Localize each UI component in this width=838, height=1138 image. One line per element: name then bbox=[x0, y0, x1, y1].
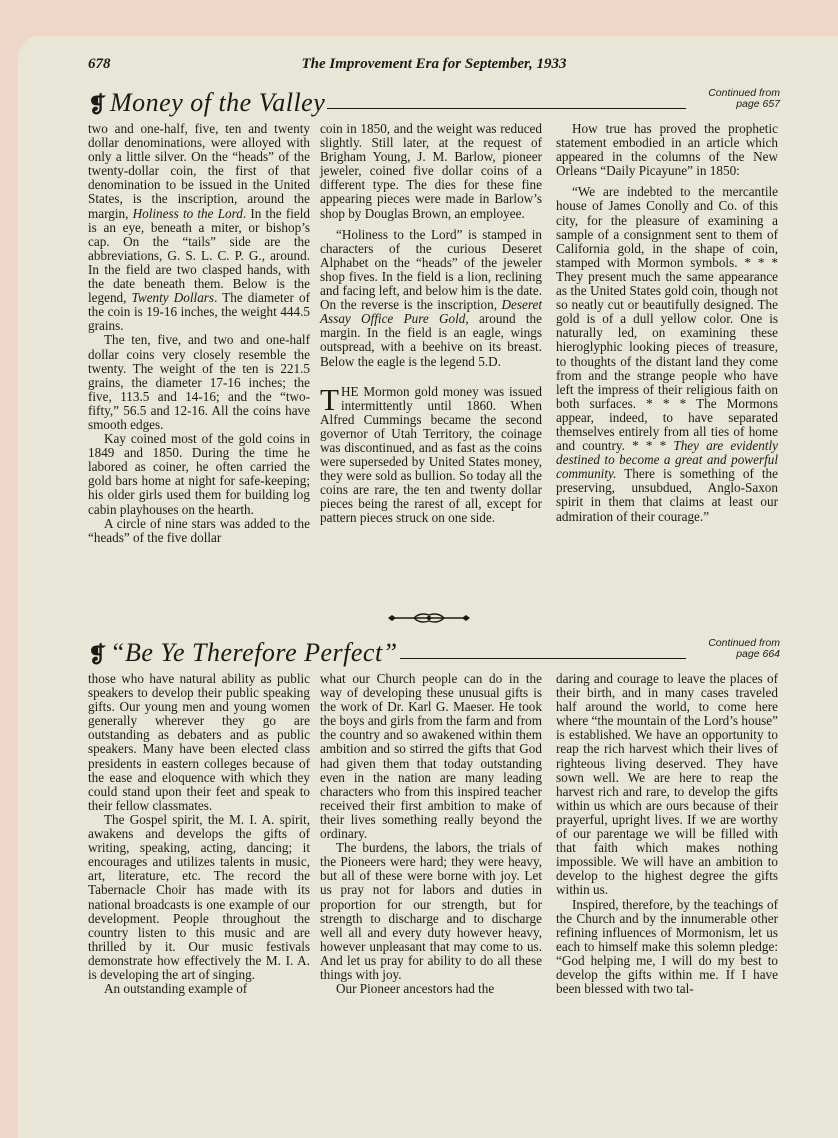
paragraph: those who have natural ability as public… bbox=[88, 672, 310, 813]
paragraph-with-dropcap: THE Mormon gold money was issued intermi… bbox=[320, 385, 542, 526]
continued-from-note: Continued from page 657 bbox=[708, 88, 780, 110]
article2-column-1: those who have natural ability as public… bbox=[88, 672, 310, 996]
paragraph: The ten, five, and two and one-half doll… bbox=[88, 333, 310, 432]
running-head: 678 The Improvement Era for September, 1… bbox=[88, 56, 780, 76]
article-title: “Be Ye Therefore Perfect” bbox=[110, 638, 400, 668]
journal-title: The Improvement Era for September, 1933 bbox=[88, 56, 780, 73]
article2-column-2: what our Church people can do in the way… bbox=[320, 672, 542, 996]
paragraph: Kay coined most of the gold coins in 184… bbox=[88, 432, 310, 517]
quoted-paragraph: “We are indebted to the mercantile house… bbox=[556, 185, 778, 523]
decorative-divider-icon bbox=[388, 612, 470, 624]
paragraph: Inspired, therefore, by the teachings of… bbox=[556, 898, 778, 997]
paragraph: An outstanding example of bbox=[88, 982, 310, 996]
article1-column-2: coin in 1850, and the weight was reduced… bbox=[320, 122, 542, 526]
paragraph: two and one-half, five, ten and twenty d… bbox=[88, 122, 310, 333]
paragraph: The burdens, the labors, the trials of t… bbox=[320, 841, 542, 982]
continued-page: page 664 bbox=[736, 648, 780, 660]
paragraph: “Holiness to the Lord” is stamped in cha… bbox=[320, 228, 542, 369]
article2-column-3: daring and courage to leave the places o… bbox=[556, 672, 778, 996]
article1-column-1: two and one-half, five, ten and twenty d… bbox=[88, 122, 310, 545]
paragraph: coin in 1850, and the weight was reduced… bbox=[320, 122, 542, 221]
paragraph-mark-icon: ❡ bbox=[88, 644, 106, 666]
paragraph: The Gospel spirit, the M. I. A. spirit, … bbox=[88, 813, 310, 982]
paragraph: How true has proved the prophetic statem… bbox=[556, 122, 778, 178]
paragraph: daring and courage to leave the places o… bbox=[556, 672, 778, 898]
header-rule bbox=[323, 108, 686, 109]
magazine-page: 678 The Improvement Era for September, 1… bbox=[0, 0, 838, 1138]
article-title: Money of the Valley bbox=[110, 88, 327, 118]
paragraph: A circle of nine stars was added to the … bbox=[88, 517, 310, 545]
paragraph-mark-icon: ❡ bbox=[88, 94, 106, 116]
article-header-money-of-the-valley: ❡ Money of the Valley Continued from pag… bbox=[88, 88, 780, 118]
header-rule bbox=[393, 658, 686, 659]
article-header-be-ye-therefore-perfect: ❡ “Be Ye Therefore Perfect” Continued fr… bbox=[88, 638, 780, 668]
continued-page: page 657 bbox=[736, 98, 780, 110]
drop-cap: T bbox=[320, 388, 339, 412]
article1-column-3: How true has proved the prophetic statem… bbox=[556, 122, 778, 524]
continued-from-note: Continued from page 664 bbox=[708, 638, 780, 660]
paragraph: Our Pioneer ancestors had the bbox=[320, 982, 542, 996]
paragraph: what our Church people can do in the way… bbox=[320, 672, 542, 841]
